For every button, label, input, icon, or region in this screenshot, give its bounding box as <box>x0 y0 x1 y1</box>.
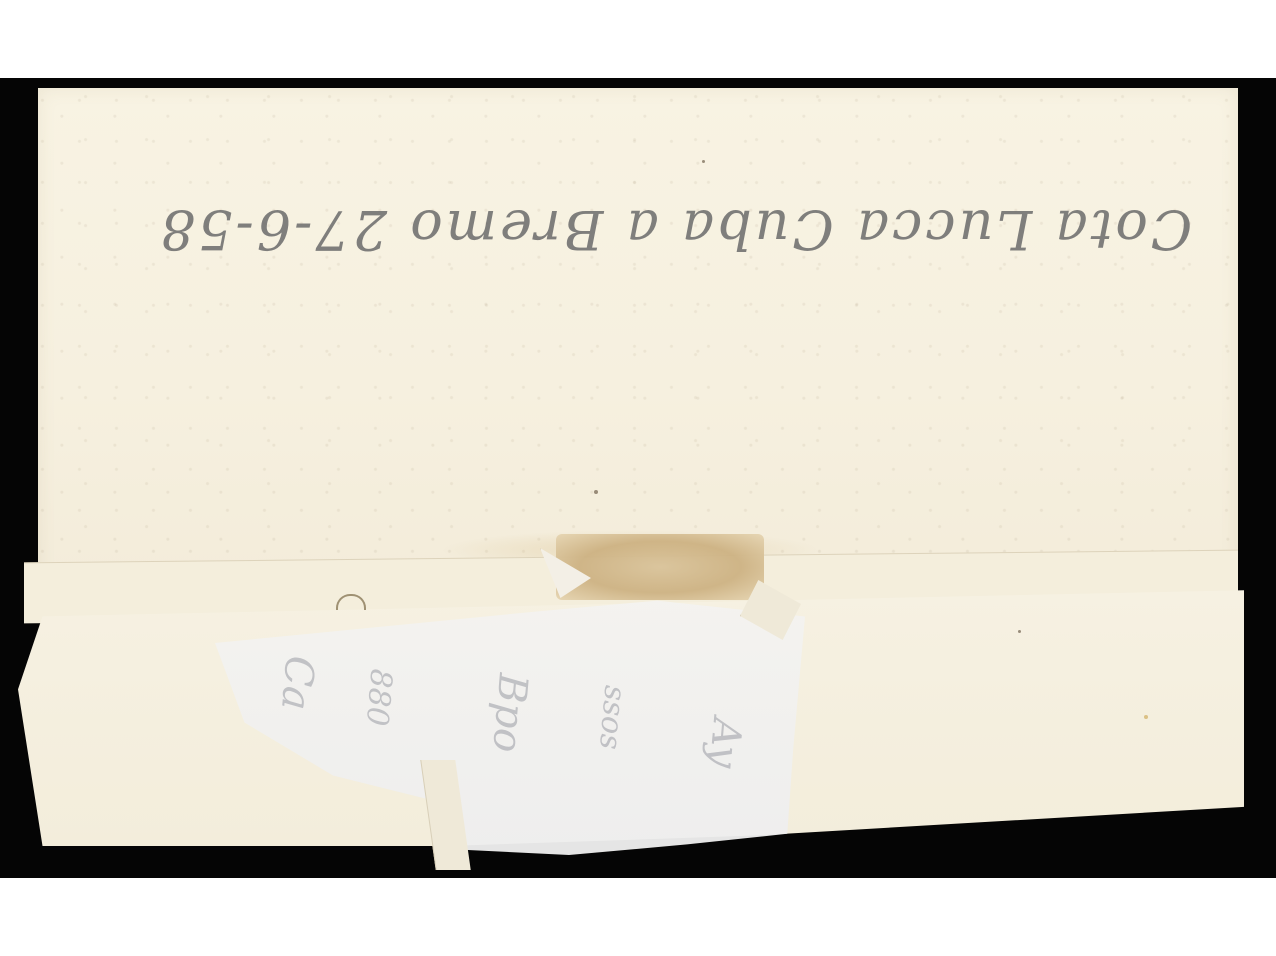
pencil-inscription: Cota Lucca Cuba a Bremo 27-6-58 <box>150 180 1200 280</box>
paper-speck <box>1018 630 1021 633</box>
bleed-through-script: 880 <box>359 667 399 727</box>
letter-back-panel <box>38 88 1238 588</box>
bleed-through-script: Ca <box>272 654 323 712</box>
bleed-through-script: Bpo <box>483 672 536 755</box>
paper-speck <box>594 490 598 494</box>
bleed-through-script: ssos <box>592 684 632 751</box>
wax-seal-stain <box>556 534 764 600</box>
paper-speck <box>702 160 705 163</box>
bleed-through-script: Ay <box>700 716 750 770</box>
rust-spot <box>1144 715 1148 719</box>
